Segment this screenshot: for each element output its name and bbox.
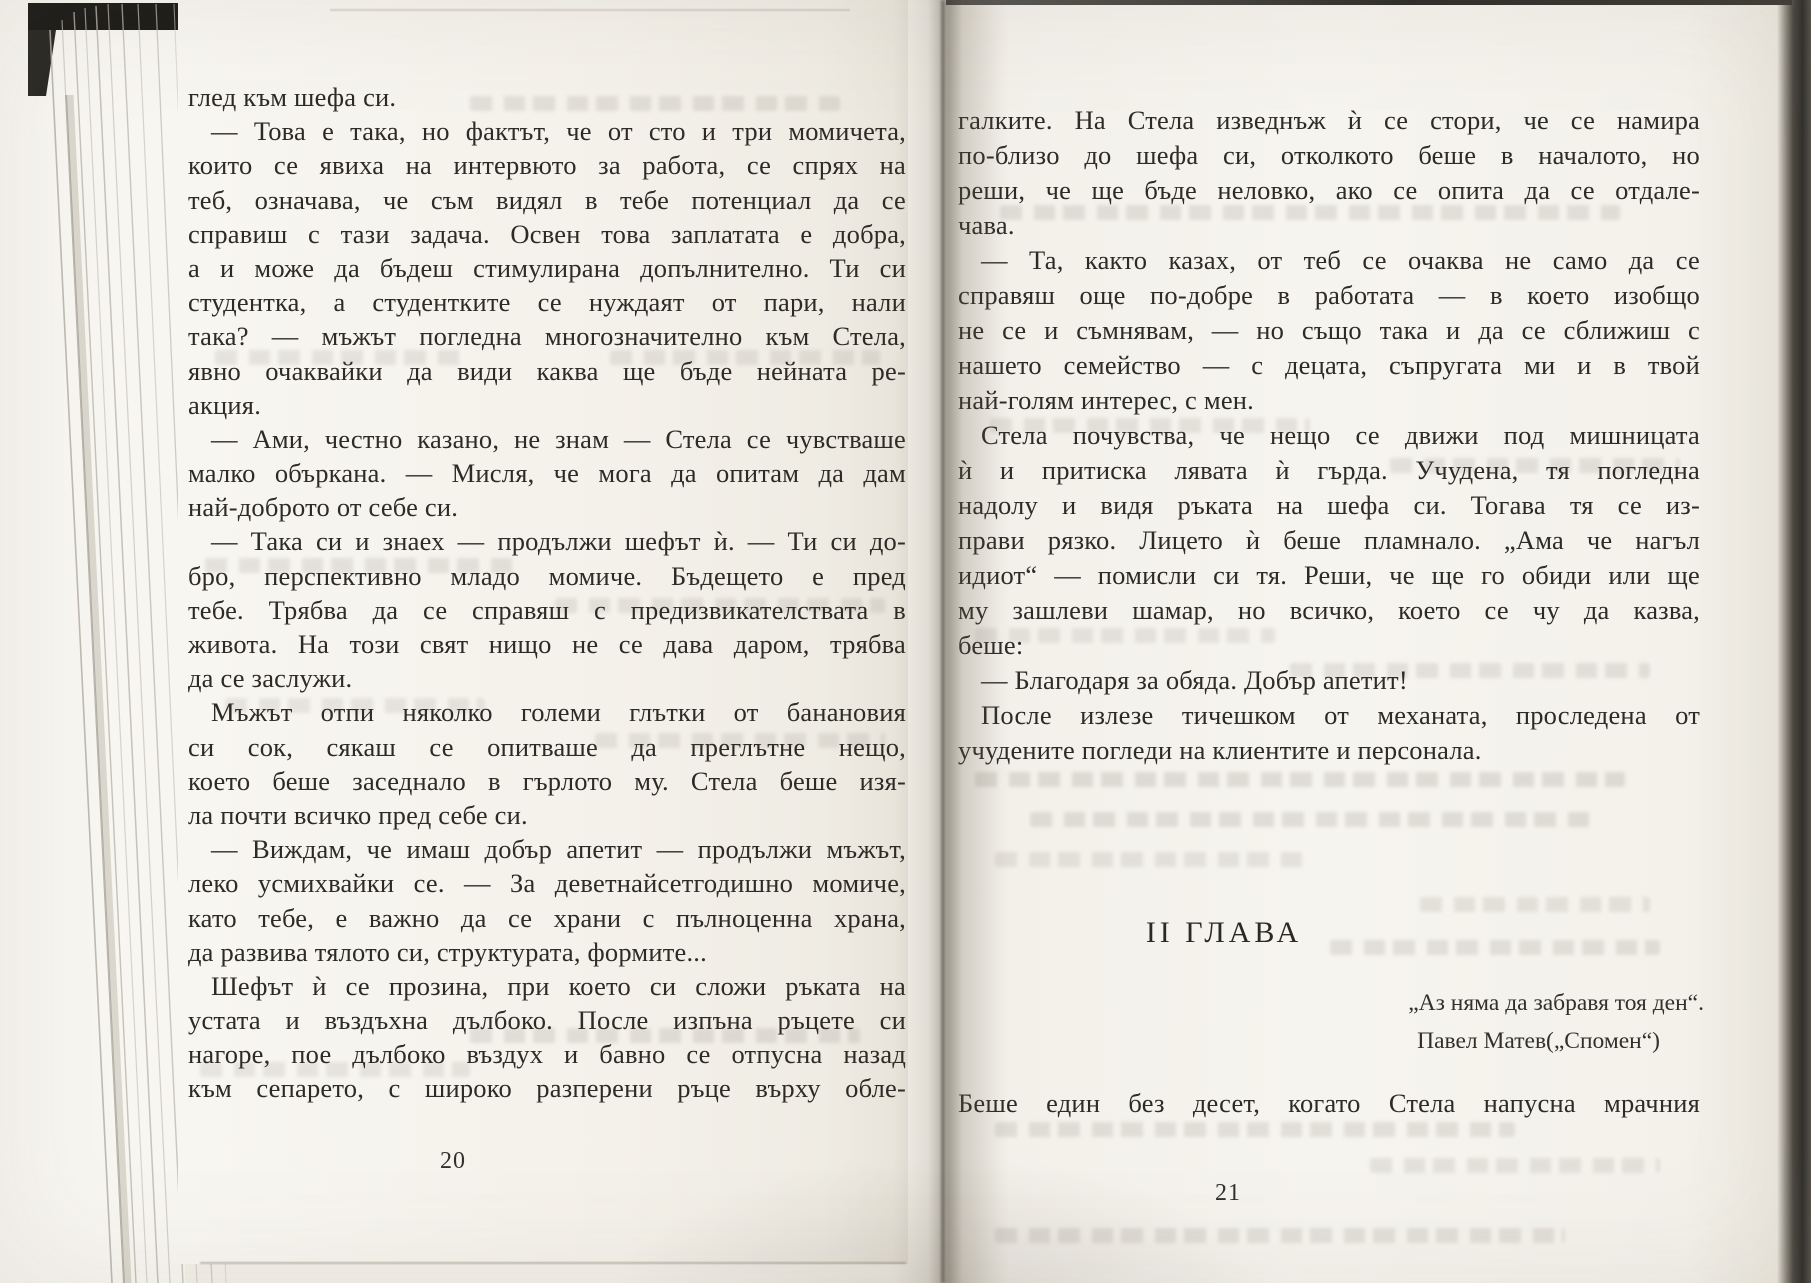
text-line: бро, перспективно младо момиче. Бъдещето… xyxy=(188,559,906,593)
text-line: — Ами, честно казано, не знам — Стела се… xyxy=(188,422,906,456)
text-line: най-доброто от себе си. xyxy=(188,490,906,524)
text-line: да се заслужи. xyxy=(188,661,906,695)
page-number-right: 21 xyxy=(1200,1180,1256,1207)
text-line: Шефът ѝ се прозина, при което си сложи р… xyxy=(188,969,906,1003)
text-line: нашето семейство — с децата, съпругата м… xyxy=(958,348,1700,383)
text-line: така? — мъжът погледна многозначително к… xyxy=(188,319,906,353)
top-scan-edge-line xyxy=(946,0,1792,5)
right-scan-edge xyxy=(1777,0,1811,1283)
text-line: беше: xyxy=(958,628,1700,663)
text-line: което беше заседнало в гърлото му. Стела… xyxy=(188,764,906,798)
text-line: галките. На Стела изведнъж ѝ се стори, ч… xyxy=(958,103,1700,138)
text-line: Стела почувства, че нещо се движи под ми… xyxy=(958,418,1700,453)
text-line: си сок, сякаш се опитваше да преглътне н… xyxy=(188,730,906,764)
text-line: справяш още по-добре в работата — в коет… xyxy=(958,278,1700,313)
book-spread: глед към шефа си.— Това е така, но фактъ… xyxy=(0,0,1811,1283)
text-line: му зашлеви шамар, но всичко, което се чу… xyxy=(958,593,1700,628)
left-page-text: глед към шефа си.— Това е така, но фактъ… xyxy=(188,80,906,1106)
text-line: После излезе тичешком от механата, просл… xyxy=(958,698,1700,733)
text-line: живота. На този свят нищо не се дава дар… xyxy=(188,627,906,661)
text-line: леко усмихвайки се. — За деветнайсетгоди… xyxy=(188,866,906,900)
text-line: които се явиха на интервюто за работа, с… xyxy=(188,148,906,182)
gutter-fold-line xyxy=(941,0,945,1283)
text-line: учудените погледи на клиентите и персона… xyxy=(958,733,1700,768)
text-line: не се и съмнявам, — но също така и да се… xyxy=(958,313,1700,348)
text-line: тебе. Трябва да се справяш с предизвикат… xyxy=(188,593,906,627)
text-line: реши, че ще бъде неловко, ако се опита д… xyxy=(958,173,1700,208)
text-line: глед към шефа си. xyxy=(188,80,906,114)
text-line: идиот“ — помисли си тя. Реши, че ще го о… xyxy=(958,558,1700,593)
text-line: — Та, както казах, от теб се очаква не с… xyxy=(958,243,1700,278)
left-page-bottom-edge xyxy=(200,1262,906,1264)
text-line: най-голям интерес, с мен. xyxy=(958,383,1700,418)
right-page-text: галките. На Стела изведнъж ѝ се стори, ч… xyxy=(958,103,1700,768)
text-line: да развива тялото си, структурата, форми… xyxy=(188,935,906,969)
text-line: — Виждам, че имаш добър апетит — продълж… xyxy=(188,832,906,866)
chapter-opening-text: Беше един без десет, когато Стела напусн… xyxy=(958,1086,1700,1121)
text-line: ла почти всичко пред себе си. xyxy=(188,798,906,832)
epigraph-attribution: Павел Матев(„Спомен“) xyxy=(1200,1022,1704,1060)
text-line: устата и въздъхна дълбоко. После изпъна … xyxy=(188,1003,906,1037)
chapter-heading: II ГЛАВА xyxy=(1024,916,1424,950)
text-line: чава. xyxy=(958,208,1700,243)
text-line: Беше един без десет, когато Стела напусн… xyxy=(958,1086,1700,1121)
text-line: — Така си и знаех — продължи шефът ѝ. — … xyxy=(188,524,906,558)
text-line: студентка, а студентките се нуждаят от п… xyxy=(188,285,906,319)
text-line: акция. xyxy=(188,388,906,422)
text-line: прави рязко. Лицето ѝ беше пламнало. „Ам… xyxy=(958,523,1700,558)
text-line: ѝ и притиска лявата ѝ гърда. Учудена, тя… xyxy=(958,453,1700,488)
text-line: към сепарето, с широко разперени ръце въ… xyxy=(188,1071,906,1105)
page-number-left: 20 xyxy=(425,1148,481,1175)
text-line: малко объркана. — Мисля, че мога да опит… xyxy=(188,456,906,490)
chapter-epigraph: „Аз няма да забравя тоя ден“. Павел Мате… xyxy=(1200,984,1704,1060)
epigraph-quote: „Аз няма да забравя тоя ден“. xyxy=(1200,984,1704,1022)
text-line: явно очаквайки да види каква ще бъде ней… xyxy=(188,354,906,388)
text-line: Мъжът отпи няколко големи глътки от бана… xyxy=(188,695,906,729)
text-line: — Благодаря за обяда. Добър апетит! xyxy=(958,663,1700,698)
text-line: по-близо до шефа си, отколкото беше в на… xyxy=(958,138,1700,173)
left-page-top-edge xyxy=(330,9,850,11)
text-line: а и може да бъдеш стимулирана допълнител… xyxy=(188,251,906,285)
text-line: нагоре, пое дълбоко въздух и бавно се от… xyxy=(188,1037,906,1071)
text-line: като тебе, е важно да се храни с пълноце… xyxy=(188,901,906,935)
text-line: справиш с тази задача. Освен това заплат… xyxy=(188,217,906,251)
text-line: теб, означава, че съм видял в тебе потен… xyxy=(188,183,906,217)
text-line: надолу и видя ръката на шефа си. Тогава … xyxy=(958,488,1700,523)
text-line: — Това е така, но фактът, че от сто и тр… xyxy=(188,114,906,148)
